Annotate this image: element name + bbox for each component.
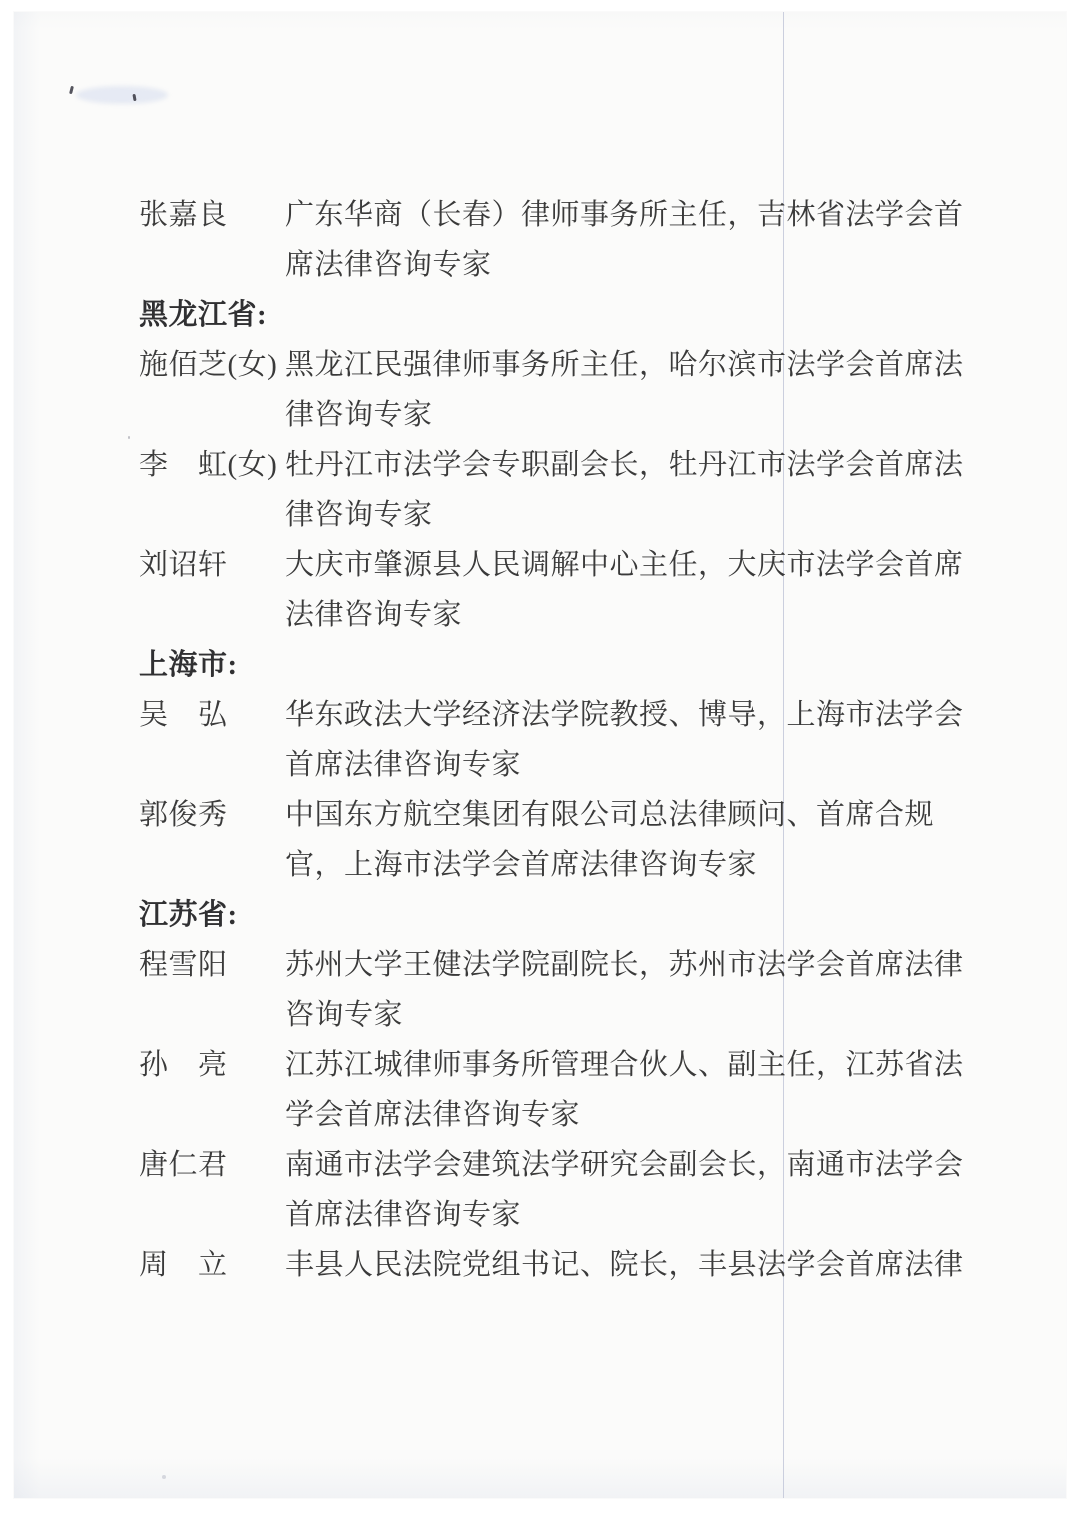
entry-description: 大庆市肇源县人民调解中心主任，大庆市法学会首席法律咨询专家 (285, 540, 959, 640)
entry-description-line: 南通市法学会建筑法学研究会副会长，南通市法学会 (285, 1140, 959, 1190)
entry-description-line: 首席法律咨询专家 (285, 740, 959, 790)
entry-row: 程雪阳苏州大学王健法学院副院长，苏州市法学会首席法律咨询专家 (139, 940, 959, 1040)
entry-row: 施佰芝(女)黑龙江民强律师事务所主任，哈尔滨市法学会首席法律咨询专家 (139, 340, 959, 440)
entry-row: 张嘉良广东华商（长春）律师事务所主任，吉林省法学会首席法律咨询专家 (139, 190, 959, 290)
entry-description-line: 苏州大学王健法学院副院长，苏州市法学会首席法律 (285, 940, 959, 990)
entry-description: 华东政法大学经济法学院教授、博导，上海市法学会首席法律咨询专家 (285, 690, 959, 790)
entry-row: 李 虹(女)牡丹江市法学会专职副会长，牡丹江市法学会首席法律咨询专家 (139, 440, 959, 540)
entry-description: 江苏江城律师事务所管理合伙人、副主任，江苏省法学会首席法律咨询专家 (285, 1040, 959, 1140)
scan-speck-artifact (128, 436, 130, 439)
entry-description-line: 首席法律咨询专家 (285, 1190, 959, 1240)
entry-description: 南通市法学会建筑法学研究会副会长，南通市法学会首席法律咨询专家 (285, 1140, 959, 1240)
entry-row: 周 立丰县人民法院党组书记、院长，丰县法学会首席法律 (139, 1240, 959, 1290)
scan-smudge-artifact (76, 86, 168, 104)
entry-description-line: 黑龙江民强律师事务所主任，哈尔滨市法学会首席法 (285, 340, 959, 390)
entry-description-line: 牡丹江市法学会专职副会长，牡丹江市法学会首席法 (285, 440, 959, 490)
entry-name: 程雪阳 (139, 940, 285, 990)
entry-row: 吴 弘华东政法大学经济法学院教授、博导，上海市法学会首席法律咨询专家 (139, 690, 959, 790)
section-header: 黑龙江省: (139, 290, 959, 340)
entry-row: 唐仁君南通市法学会建筑法学研究会副会长，南通市法学会首席法律咨询专家 (139, 1140, 959, 1240)
entry-name: 郭俊秀 (139, 790, 285, 840)
entry-description-line: 律咨询专家 (285, 490, 959, 540)
entry-description-line: 咨询专家 (285, 990, 959, 1040)
entry-name: 周 立 (139, 1240, 285, 1290)
section-header: 江苏省: (139, 890, 959, 940)
scan-speck-artifact (162, 1475, 166, 1479)
entry-description-line: 法律咨询专家 (285, 590, 959, 640)
entry-description-line: 广东华商（长春）律师事务所主任，吉林省法学会首 (285, 190, 959, 240)
entry-description-line: 大庆市肇源县人民调解中心主任，大庆市法学会首席 (285, 540, 959, 590)
entry-row: 孙 亮江苏江城律师事务所管理合伙人、副主任，江苏省法学会首席法律咨询专家 (139, 1040, 959, 1140)
entry-name: 孙 亮 (139, 1040, 285, 1090)
entry-description: 中国东方航空集团有限公司总法律顾问、首席合规官，上海市法学会首席法律咨询专家 (285, 790, 959, 890)
entry-name: 吴 弘 (139, 690, 285, 740)
section-header: 上海市: (139, 640, 959, 690)
entry-description-line: 官，上海市法学会首席法律咨询专家 (285, 840, 959, 890)
entry-name: 刘诏轩 (139, 540, 285, 590)
entry-row: 刘诏轩大庆市肇源县人民调解中心主任，大庆市法学会首席法律咨询专家 (139, 540, 959, 640)
document-page: 张嘉良广东华商（长春）律师事务所主任，吉林省法学会首席法律咨询专家黑龙江省:施佰… (14, 12, 1066, 1498)
entry-description-line: 丰县人民法院党组书记、院长，丰县法学会首席法律 (285, 1240, 959, 1290)
entry-description: 广东华商（长春）律师事务所主任，吉林省法学会首席法律咨询专家 (285, 190, 959, 290)
entry-description-line: 律咨询专家 (285, 390, 959, 440)
entry-description: 牡丹江市法学会专职副会长，牡丹江市法学会首席法律咨询专家 (285, 440, 959, 540)
entry-description-line: 学会首席法律咨询专家 (285, 1090, 959, 1140)
entry-description-line: 华东政法大学经济法学院教授、博导，上海市法学会 (285, 690, 959, 740)
entry-description: 黑龙江民强律师事务所主任，哈尔滨市法学会首席法律咨询专家 (285, 340, 959, 440)
entry-name: 唐仁君 (139, 1140, 285, 1190)
entry-description: 苏州大学王健法学院副院长，苏州市法学会首席法律咨询专家 (285, 940, 959, 1040)
entry-description-line: 中国东方航空集团有限公司总法律顾问、首席合规 (285, 790, 959, 840)
entry-row: 郭俊秀中国东方航空集团有限公司总法律顾问、首席合规官，上海市法学会首席法律咨询专… (139, 790, 959, 890)
entry-description: 丰县人民法院党组书记、院长，丰县法学会首席法律 (285, 1240, 959, 1290)
entry-name: 李 虹(女) (139, 440, 285, 490)
scan-background: 张嘉良广东华商（长春）律师事务所主任，吉林省法学会首席法律咨询专家黑龙江省:施佰… (0, 0, 1080, 1517)
entry-name: 施佰芝(女) (139, 340, 285, 390)
scan-speck-artifact (69, 86, 74, 94)
entry-name: 张嘉良 (139, 190, 285, 240)
entry-description-line: 席法律咨询专家 (285, 240, 959, 290)
document-body: 张嘉良广东华商（长春）律师事务所主任，吉林省法学会首席法律咨询专家黑龙江省:施佰… (139, 190, 959, 1290)
entry-description-line: 江苏江城律师事务所管理合伙人、副主任，江苏省法 (285, 1040, 959, 1090)
